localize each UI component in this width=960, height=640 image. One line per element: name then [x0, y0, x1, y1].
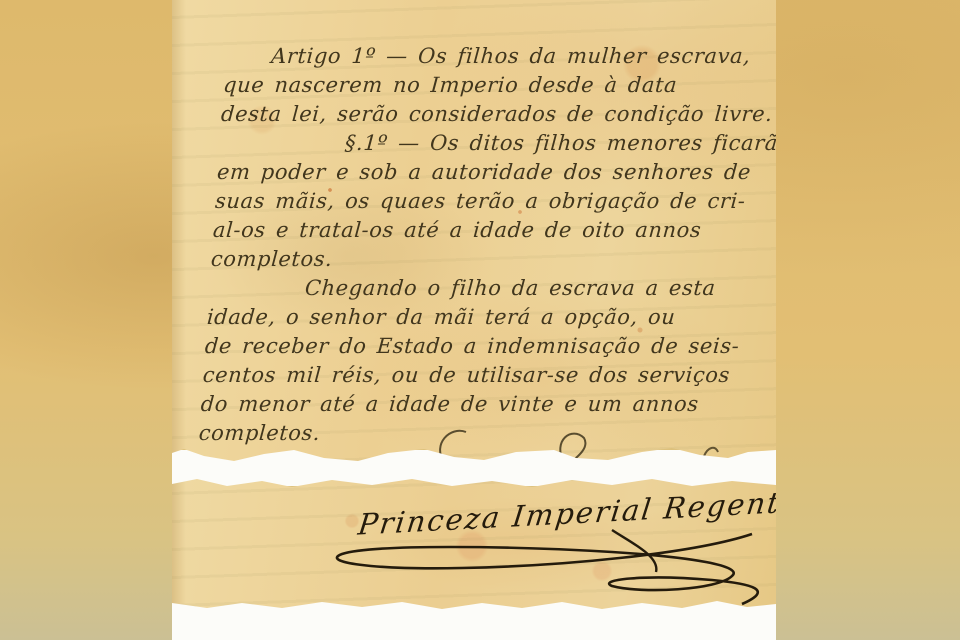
- manuscript-line: §.1º — Os ditos filhos menores ficarão: [218, 129, 772, 158]
- paper-fragment-bottom: Princeza Imperial Regente: [172, 476, 776, 612]
- manuscript-line: al-os e tratal-os até a idade de oito an…: [212, 216, 766, 245]
- manuscript-text-block: Artigo 1º — Os filhos da mulher escrava,…: [198, 42, 778, 448]
- manuscript-line: desta lei, serão considerados de condiçã…: [220, 100, 774, 129]
- paper-fragment-top: Artigo 1º — Os filhos da mulher escrava,…: [172, 0, 776, 466]
- manuscript-line: centos mil réis, ou de utilisar-se dos s…: [202, 361, 756, 390]
- manuscript-line: Artigo 1º — Os filhos da mulher escrava,: [224, 42, 778, 71]
- manuscript-line: suas mãis, os quaes terão a obrigação de…: [214, 187, 768, 216]
- manuscript-line: completos.: [210, 245, 764, 274]
- manuscript-line: que nascerem no Imperio desde à data: [222, 71, 776, 100]
- signature-flourish: [312, 528, 782, 608]
- manuscript-line: de receber do Estado a indemnisação de s…: [204, 332, 758, 361]
- manuscript-line: em poder e sob a autoridade dos senhores…: [216, 158, 770, 187]
- manuscript-line: do menor até a idade de vinte e um annos: [200, 390, 754, 419]
- manuscript-line: idade, o senhor da mãi terá a opção, ou: [206, 303, 760, 332]
- manuscript-line: Chegando o filho da escrava a esta: [208, 274, 762, 303]
